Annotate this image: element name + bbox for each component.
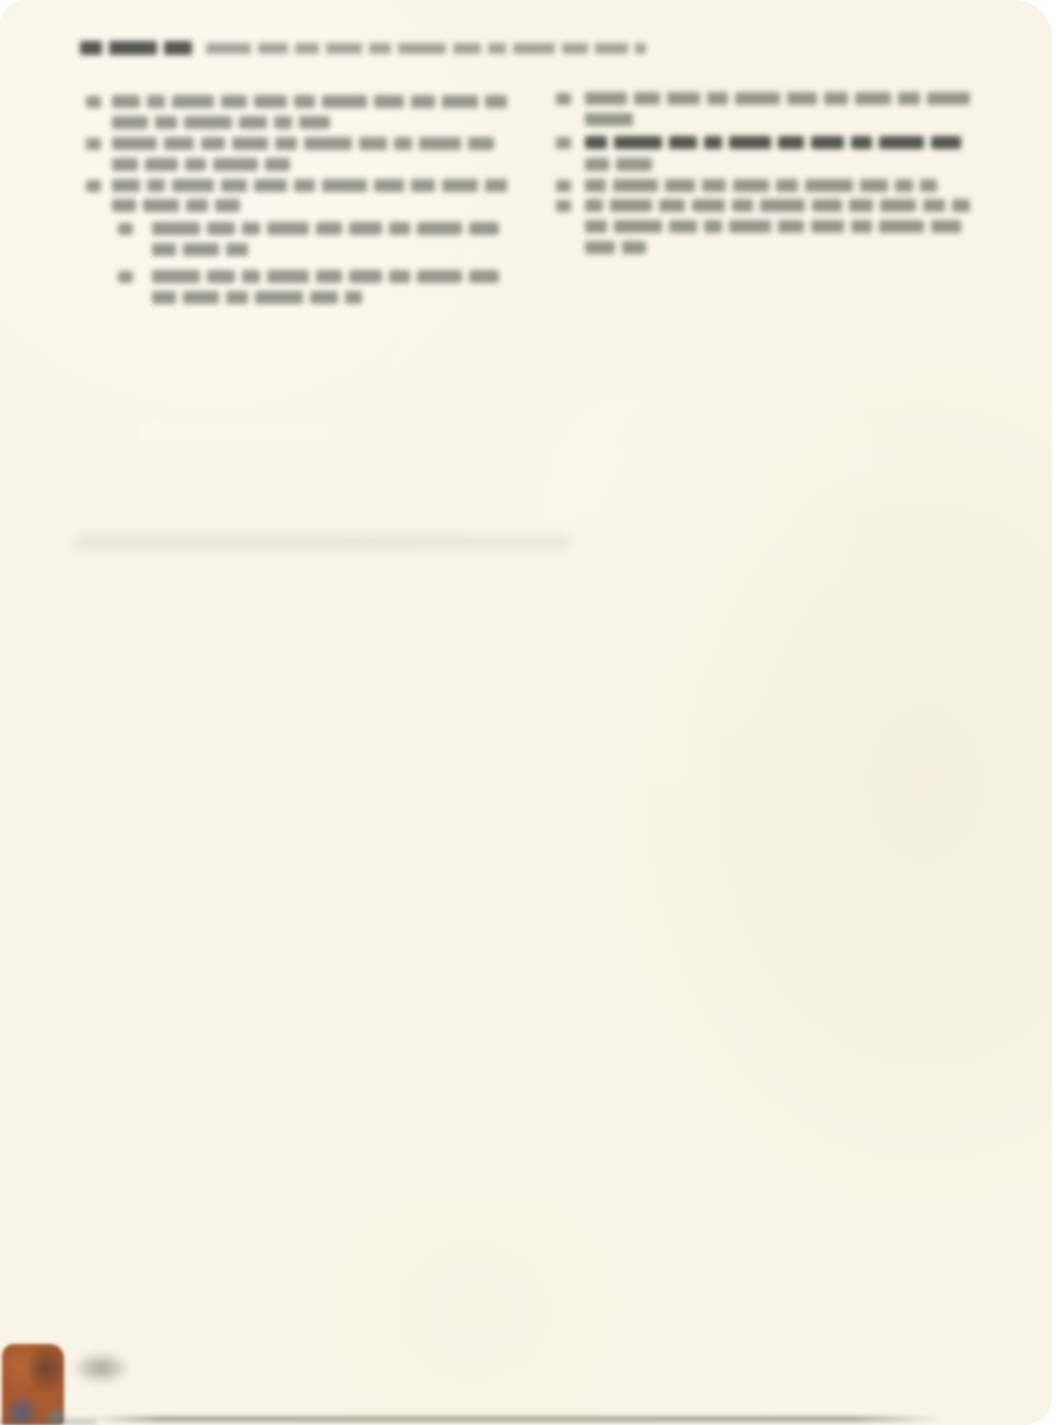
- list-item-number-smudge: [556, 180, 571, 192]
- blurred-text-line: [585, 92, 970, 105]
- blurred-text-line: [152, 270, 510, 283]
- blurred-text-line: [112, 116, 330, 129]
- scanned-page: [0, 0, 1052, 1425]
- list-item-number-smudge: [86, 138, 101, 150]
- list-item-number-smudge: [556, 93, 571, 105]
- bleed-through-ghost-smudge: [140, 424, 325, 438]
- list-item-number-smudge: [556, 137, 571, 149]
- blurred-text-line: [112, 199, 240, 212]
- blurred-text-line: [112, 137, 510, 150]
- list-item-number-smudge: [118, 271, 133, 283]
- blurred-text-line: [585, 158, 663, 171]
- list-item-number-smudge: [86, 180, 101, 192]
- blurred-text-line: [585, 113, 643, 126]
- bleed-through-ghost-smudge: [75, 535, 570, 549]
- publisher-logo: [2, 1344, 64, 1425]
- blurred-text-line: [112, 158, 290, 171]
- blurred-text-line: [112, 179, 510, 192]
- page-bottom-edge-shadow: [90, 1416, 940, 1422]
- blurred-text-line: [585, 179, 937, 192]
- blurred-text-line: [585, 241, 663, 254]
- page-number-smudge: [72, 1351, 130, 1385]
- blurred-text-line: [585, 136, 970, 149]
- logo-bottom-shadow: [0, 1419, 96, 1424]
- scan-canvas: [0, 0, 1062, 1425]
- blurred-text-line: [152, 243, 262, 256]
- list-item-number-smudge: [556, 200, 571, 212]
- blurred-text-line: [585, 199, 970, 212]
- list-item-number-smudge: [118, 223, 133, 235]
- blurred-text-line: [152, 291, 362, 304]
- blurred-text-line: [152, 222, 510, 235]
- list-item-number-smudge: [86, 96, 101, 108]
- blurred-text-line: [112, 95, 510, 108]
- blurred-text-line: [585, 220, 970, 233]
- page-header-blurred-text: [206, 43, 646, 54]
- page-header-blurred-text: [80, 41, 192, 55]
